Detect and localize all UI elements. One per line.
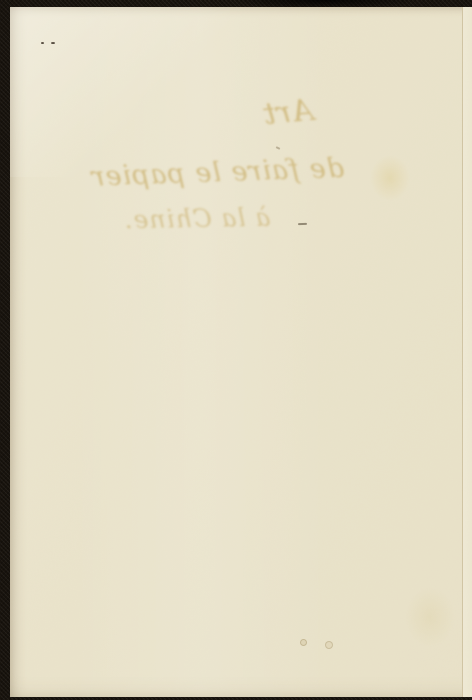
book-page: Art de faire le papier à la Chine. [10,7,472,697]
paper-speck [325,641,333,649]
paper-speck [300,639,307,646]
paper-sheen [70,7,330,697]
showthrough-line-2: de faire le papier [100,153,345,192]
pencil-dot [51,42,55,44]
page-fore-edge [462,7,472,697]
ink-dash-mark [298,223,307,225]
paper-grain-texture [10,7,472,697]
showthrough-line-1: Art [247,92,330,134]
corner-highlight [10,7,230,177]
paper-stain [370,155,410,201]
pencil-dot [41,42,44,44]
showthrough-line-3: à la Chine. [106,202,288,234]
paper-speck [276,146,280,150]
paper-stain [405,587,455,647]
